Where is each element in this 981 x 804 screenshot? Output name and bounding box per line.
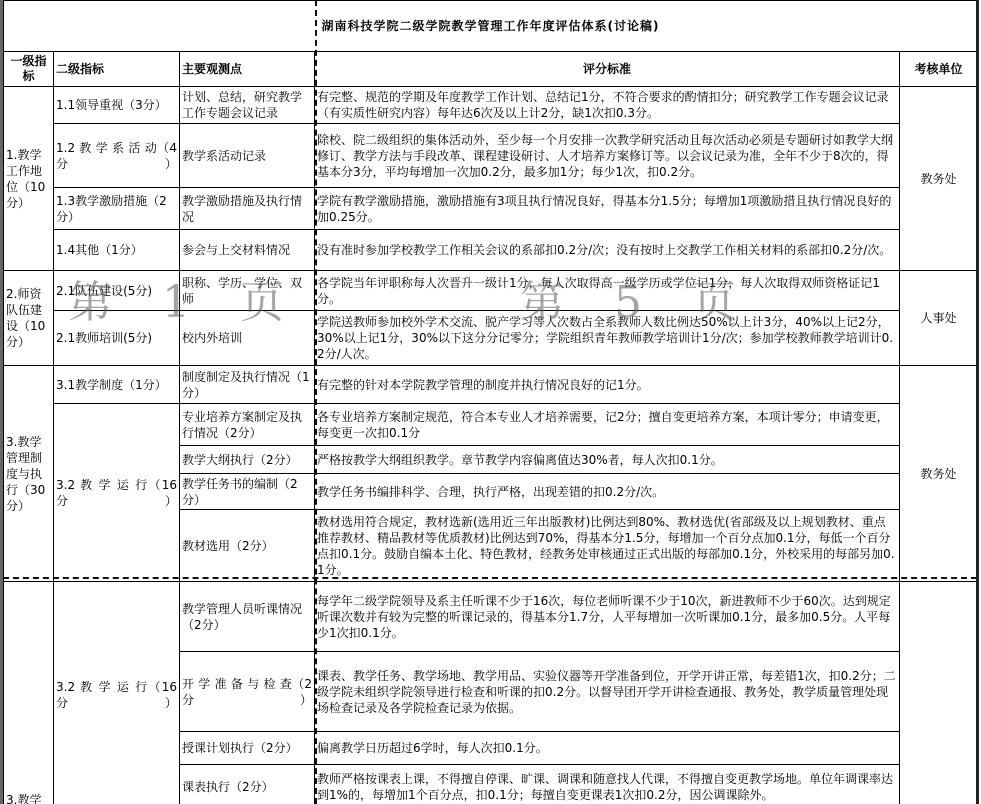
criteria-cell: 教材选用符合规定，教材选新(选用近三年出版教材)比例达到80%、教材选优(省部级… xyxy=(315,510,900,582)
header-unit: 考核单位 xyxy=(900,52,978,87)
header-row: 一级指标 二级指标 主要观测点 评分标准 考核单位 xyxy=(4,52,978,87)
table-row: 3.2 教 学 运 行（16分） 专业培养方案制定及执行情况（2分） 各专业培养… xyxy=(4,404,978,446)
observation-cell: 参会与上交材料情况 xyxy=(180,230,315,271)
level2-cell: 3.2 教 学 运 行（16分） xyxy=(54,582,180,804)
observation-cell: 制度制定及执行情况（1分） xyxy=(180,366,315,404)
table-row: 1.3教学激励措施（2分） 教学激励措施及执行情况 学院有教学激励措施，激励措施… xyxy=(4,188,978,230)
spreadsheet-page: 湖南科技学院二级学院教学管理工作年度评估体系(讨论稿) 一级指标 二级指标 主要… xyxy=(0,0,981,804)
page-break-vertical xyxy=(315,0,317,804)
unit-cell xyxy=(900,582,978,804)
observation-cell: 授课计划执行（2分） xyxy=(180,732,315,765)
header-level1: 一级指标 xyxy=(4,52,54,87)
criteria-cell: 各学院当年评职称每人次晋升一级计1分，每人次取得高一级学历或学位记1分，每人次取… xyxy=(315,271,900,311)
level1-cell: 3.教学管理制度与执行（30分） xyxy=(4,366,54,582)
table-row: 1.教学工作地位（10分） 1.1领导重视（3分） 计划、总结，研究教学工作专题… xyxy=(4,87,978,124)
table-row: 1.2 教 学 系 活 动（4分） 教学系活动记录 除校、院二级组织的集体活动外… xyxy=(4,124,978,188)
criteria-cell: 没有准时参加学校教学工作相关会议的系部扣0.2分/次；没有按时上交教学工作相关材… xyxy=(315,230,900,271)
level2-cell: 2.1教师培训(5分) xyxy=(54,311,180,366)
observation-cell: 教学大纲执行（2分） xyxy=(180,446,315,474)
level2-cell: 1.4其他（1分） xyxy=(54,230,180,271)
header-observation: 主要观测点 xyxy=(180,52,315,87)
level2-cell: 1.1领导重视（3分） xyxy=(54,87,180,124)
observation-cell: 开 学 准 备 与 检 查（2分） xyxy=(180,652,315,732)
table-row: 3.教学管理制度与执行（30分） 3.1教学制度（1分） 制度制定及执行情况（1… xyxy=(4,366,978,404)
unit-cell: 教务处 xyxy=(900,366,978,582)
header-level2: 二级指标 xyxy=(54,52,180,87)
level2-cell: 3.2 教 学 运 行（16分） xyxy=(54,404,180,582)
table-row: 3.教学 3.2 教 学 运 行（16分） 教学管理人员听课情况（2分） 每学年… xyxy=(4,582,978,652)
observation-cell: 教学激励措施及执行情况 xyxy=(180,188,315,230)
evaluation-table: 湖南科技学院二级学院教学管理工作年度评估体系(讨论稿) 一级指标 二级指标 主要… xyxy=(3,0,978,804)
criteria-cell: 有完整的针对本学院教学管理的制度并执行情况良好的记1分。 xyxy=(315,366,900,404)
level1-cell: 1.教学工作地位（10分） xyxy=(4,87,54,271)
observation-cell: 教学任务书的编制（2分） xyxy=(180,474,315,510)
criteria-cell: 有完整、规范的学期及年度教学工作计划、总结记1分，不符合要求的酌情扣分；研究教学… xyxy=(315,87,900,124)
level2-cell: 2.1队伍建设(5分) xyxy=(54,271,180,311)
criteria-cell: 偏离教学日历超过6学时，每人次扣0.1分。 xyxy=(315,732,900,765)
observation-cell: 教学管理人员听课情况（2分） xyxy=(180,582,315,652)
unit-cell: 教务处 xyxy=(900,87,978,271)
criteria-cell: 学院送教师参加校外学术交流、脱产学习等人次数占全系教师人数比例达50%以上计3分… xyxy=(315,311,900,366)
observation-cell: 职称、学历、学位、双师 xyxy=(180,271,315,311)
document-title: 湖南科技学院二级学院教学管理工作年度评估体系(讨论稿) xyxy=(4,1,978,52)
unit-cell: 人事处 xyxy=(900,271,978,366)
observation-cell: 专业培养方案制定及执行情况（2分） xyxy=(180,404,315,446)
observation-cell: 教学系活动记录 xyxy=(180,124,315,188)
criteria-cell: 除校、院二级组织的集体活动外，至少每一个月安排一次教学研究活动且每次活动必须是专… xyxy=(315,124,900,188)
observation-cell: 校内外培训 xyxy=(180,311,315,366)
page-break-horizontal xyxy=(3,577,977,579)
level1-cell: 2.师资队伍建设（10分） xyxy=(4,271,54,366)
criteria-cell: 各专业培养方案制定规范，符合本专业人才培养需要，记2分；擅自变更培养方案，本项计… xyxy=(315,404,900,446)
criteria-cell: 每学年二级学院领导及系主任听课不少于16次，每位老师听课不少于10次，新进教师不… xyxy=(315,582,900,652)
criteria-cell: 教学任务书编排科学、合理，执行严格，出现差错的扣0.2分/次。 xyxy=(315,474,900,510)
table-row: 2.师资队伍建设（10分） 2.1队伍建设(5分) 职称、学历、学位、双师 各学… xyxy=(4,271,978,311)
table-row: 1.4其他（1分） 参会与上交材料情况 没有准时参加学校教学工作相关会议的系部扣… xyxy=(4,230,978,271)
table-row: 2.1教师培训(5分) 校内外培训 学院送教师参加校外学术交流、脱产学习等人次数… xyxy=(4,311,978,366)
observation-cell: 计划、总结，研究教学工作专题会议记录 xyxy=(180,87,315,124)
level1-cell: 3.教学 xyxy=(4,582,54,804)
criteria-cell: 教师严格按课表上课，不得擅自停课、旷课、调课和随意找人代课，不得擅自变更教学场地… xyxy=(315,765,900,804)
level2-cell: 1.3教学激励措施（2分） xyxy=(54,188,180,230)
criteria-cell: 学院有教学激励措施，激励措施有3项且执行情况良好，得基本分1.5分；每增加1项激… xyxy=(315,188,900,230)
header-criteria: 评分标准 xyxy=(315,52,900,87)
level2-cell: 1.2 教 学 系 活 动（4分） xyxy=(54,124,180,188)
observation-cell: 课表执行（2分） xyxy=(180,765,315,804)
observation-cell: 教材选用（2分） xyxy=(180,510,315,582)
criteria-cell: 课表、教学任务、教学场地、教学用品、实验仪器等开学准备到位，开学开讲正常，每差错… xyxy=(315,652,900,732)
right-border xyxy=(976,0,979,804)
level2-cell: 3.1教学制度（1分） xyxy=(54,366,180,404)
criteria-cell: 严格按教学大纲组织教学。章节教学内容偏离值达30%者，每人次扣0.1分。 xyxy=(315,446,900,474)
